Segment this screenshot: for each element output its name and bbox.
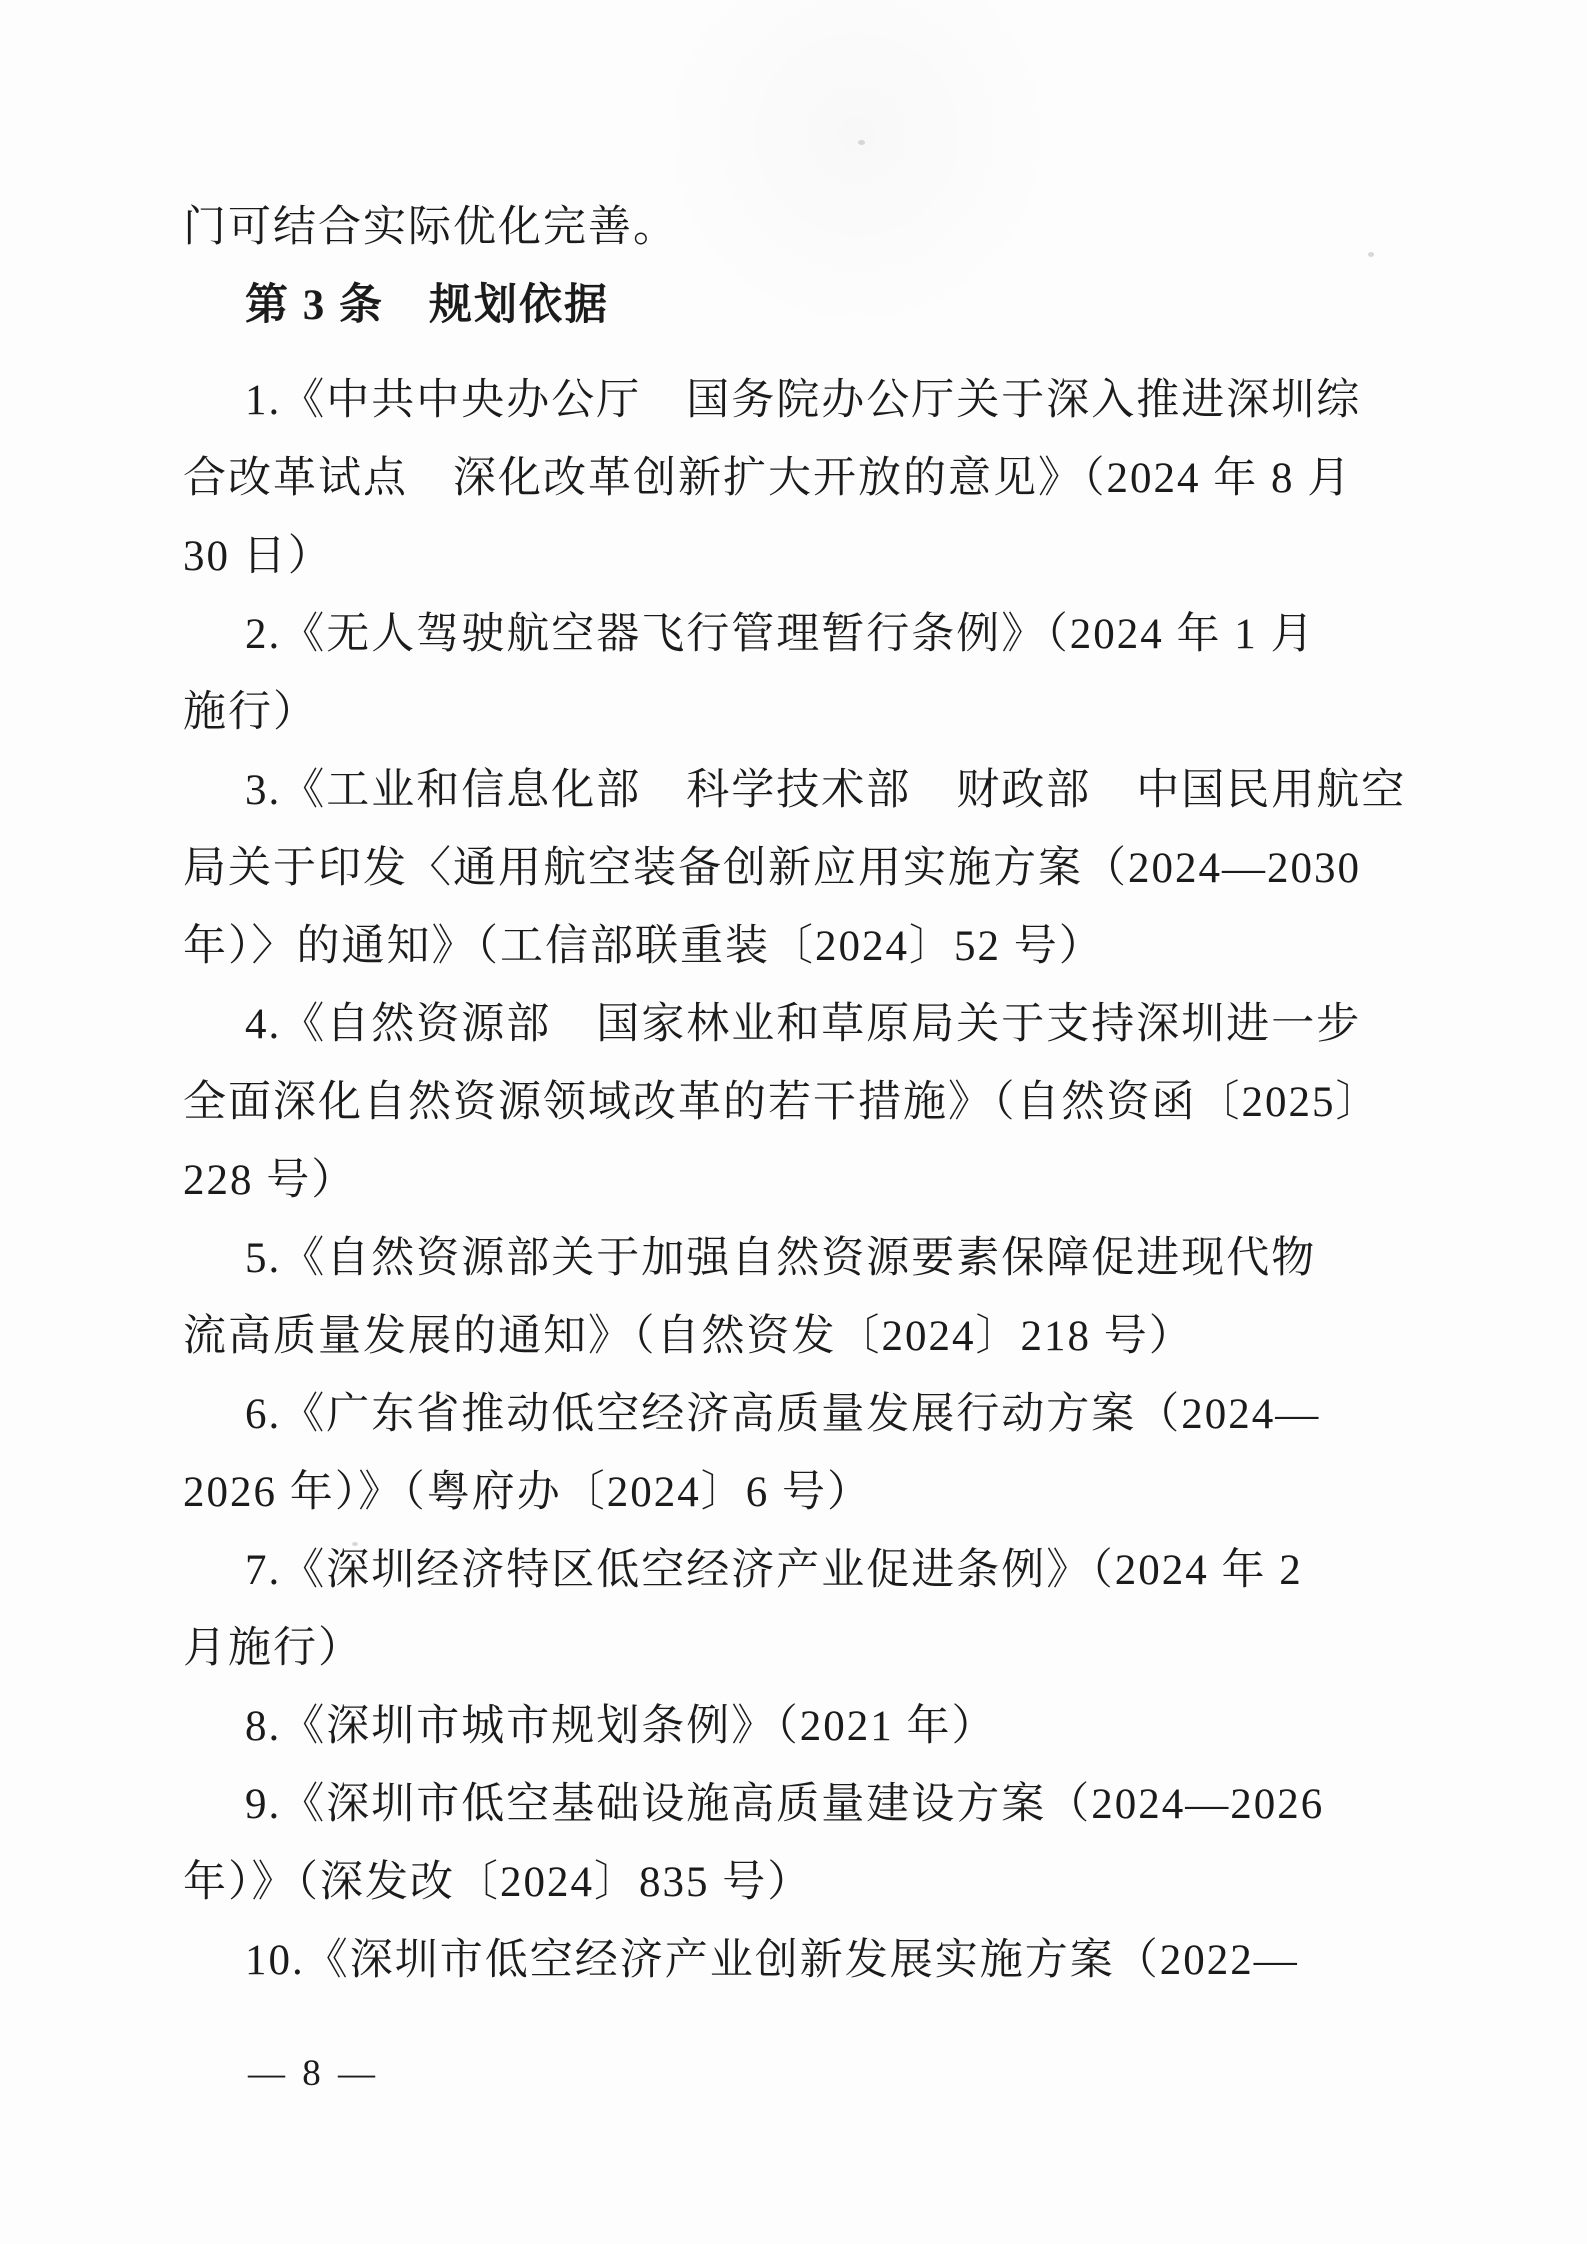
- text-line: 流高质量发展的通知》（自然资发〔2024〕218 号）: [183, 1298, 1408, 1376]
- text-line: 全面深化自然资源领域改革的若干措施》（自然资函〔2025〕: [183, 1064, 1408, 1142]
- text-line: 月施行）: [183, 1610, 1408, 1688]
- text-line: 4.《自然资源部 国家林业和草原局关于支持深圳进一步: [183, 986, 1408, 1064]
- text-line: 门可结合实际优化完善。: [183, 189, 1408, 267]
- scanned-document-page: 门可结合实际优化完善。第 3 条 规划依据1.《中共中央办公厅 国务院办公厅关于…: [0, 0, 1587, 2244]
- text-line: 1.《中共中央办公厅 国务院办公厅关于深入推进深圳综: [183, 362, 1408, 440]
- text-line: 局关于印发〈通用航空装备创新应用实施方案（2024—2030: [183, 830, 1408, 908]
- text-line: 施行）: [183, 674, 1408, 752]
- text-line: 7.《深圳经济特区低空经济产业促进条例》（2024 年 2: [183, 1532, 1408, 1610]
- text-line: 年）〉的通知》（工信部联重装〔2024〕52 号）: [183, 908, 1408, 986]
- text-line: 9.《深圳市低空基础设施高质量建设方案（2024—2026: [183, 1766, 1408, 1844]
- text-line: 5.《自然资源部关于加强自然资源要素保障促进现代物: [183, 1220, 1408, 1298]
- text-line: 合改革试点 深化改革创新扩大开放的意见》（2024 年 8 月: [183, 440, 1408, 518]
- scan-artifact: [858, 140, 865, 145]
- text-line: 年）》（深发改〔2024〕835 号）: [183, 1844, 1408, 1922]
- document-body: 门可结合实际优化完善。第 3 条 规划依据1.《中共中央办公厅 国务院办公厅关于…: [183, 189, 1408, 2000]
- text-line: 3.《工业和信息化部 科学技术部 财政部 中国民用航空: [183, 752, 1408, 830]
- page-number: — 8 —: [248, 2052, 379, 2096]
- text-line: 6.《广东省推动低空经济高质量发展行动方案（2024—: [183, 1376, 1408, 1454]
- text-line: 2.《无人驾驶航空器飞行管理暂行条例》（2024 年 1 月: [183, 596, 1408, 674]
- text-line: 30 日）: [183, 518, 1408, 596]
- section-heading: 第 3 条 规划依据: [183, 267, 1408, 345]
- text-line: 2026 年）》（粤府办〔2024〕6 号）: [183, 1454, 1408, 1532]
- text-line: 8.《深圳市城市规划条例》（2021 年）: [183, 1688, 1408, 1766]
- text-line: 10.《深圳市低空经济产业创新发展实施方案（2022—: [183, 1922, 1408, 2000]
- text-line: 228 号）: [183, 1142, 1408, 1220]
